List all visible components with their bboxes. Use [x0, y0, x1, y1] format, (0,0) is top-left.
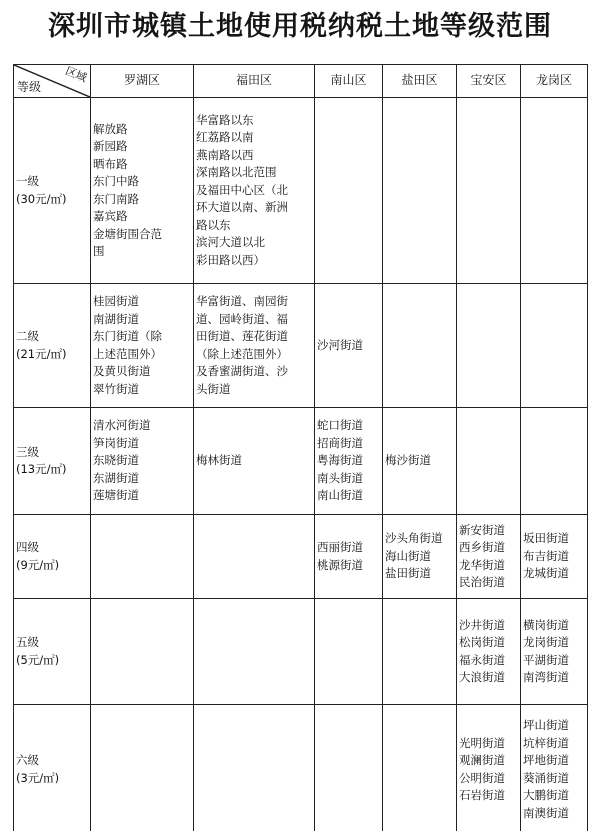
area-line: 坂田街道 [523, 530, 585, 548]
area-line: 道、园岭街道、福 [196, 311, 312, 329]
level-name: 五级 [16, 634, 88, 652]
table-row: 三级(13元/㎡)清水河街道笋岗街道东晓街道东湖街道莲塘街道梅林街道蛇口街道招商… [14, 408, 588, 515]
district-cell-nanshan [315, 98, 383, 284]
level-name: 二级 [16, 328, 88, 346]
area-line: 桂园街道 [93, 293, 191, 311]
district-cell-futian [194, 599, 315, 705]
area-line: 及黄贝街道 [93, 363, 191, 381]
district-cell-baoan [457, 408, 521, 515]
area-line: 华富街道、南园街 [196, 293, 312, 311]
area-line: 海山街道 [385, 548, 454, 566]
area-line: 大鹏街道 [523, 787, 585, 805]
district-cell-nanshan: 沙河街道 [315, 284, 383, 408]
area-line: 西丽街道 [317, 539, 380, 557]
area-line: （除上述范围外） [196, 346, 312, 364]
column-header-futian: 福田区 [194, 65, 315, 98]
area-line: 东晓街道 [93, 452, 191, 470]
table-row: 六级(3元/㎡)光明街道观澜街道公明街道石岩街道坪山街道坑梓街道坪地街道葵涌街道… [14, 705, 588, 831]
district-cell-nanshan [315, 705, 383, 831]
district-cell-nanshan [315, 599, 383, 705]
district-cell-longgang: 坂田街道布吉街道龙城街道 [521, 515, 588, 599]
area-line: 石岩街道 [459, 787, 518, 805]
land-grade-table: 区域 等级 罗湖区 福田区 南山区 盐田区 宝安区 龙岗区 一级(30元/㎡)解… [13, 64, 588, 831]
corner-label-level: 等级 [17, 79, 41, 97]
district-cell-baoan [457, 284, 521, 408]
district-cell-baoan: 沙井街道松岗街道福永街道大浪街道 [457, 599, 521, 705]
level-cell: 三级(13元/㎡) [14, 408, 91, 515]
area-line: 观澜街道 [459, 752, 518, 770]
level-cell: 四级(9元/㎡) [14, 515, 91, 599]
column-header-nanshan: 南山区 [315, 65, 383, 98]
area-line: 及福田中心区（北 [196, 182, 312, 200]
document-title: 深圳市城镇土地使用税纳税土地等级范围 [0, 4, 600, 43]
district-cell-futian: 梅林街道 [194, 408, 315, 515]
area-line: 松岗街道 [459, 634, 518, 652]
area-line: 平湖街道 [523, 652, 585, 670]
area-line: 龙岗街道 [523, 634, 585, 652]
area-line: 东门中路 [93, 173, 191, 191]
district-cell-longgang: 坪山街道坑梓街道坪地街道葵涌街道大鹏街道南澳街道 [521, 705, 588, 831]
area-line: 红荔路以南 [196, 129, 312, 147]
district-cell-longgang [521, 98, 588, 284]
area-line: 及香蜜湖街道、沙 [196, 363, 312, 381]
area-line: 翠竹街道 [93, 381, 191, 399]
district-cell-futian: 华富路以东红荔路以南燕南路以西深南路以北范围及福田中心区（北环大道以南、新洲路以… [194, 98, 315, 284]
district-cell-baoan: 新安街道西乡街道龙华街道民治街道 [457, 515, 521, 599]
table-row: 五级(5元/㎡)沙井街道松岗街道福永街道大浪街道横岗街道龙岗街道平湖街道南湾街道 [14, 599, 588, 705]
area-line: 东湖街道 [93, 470, 191, 488]
district-cell-luohu: 桂园街道南湖街道东门街道（除上述范围外）及黄贝街道翠竹街道 [91, 284, 194, 408]
district-cell-baoan [457, 98, 521, 284]
area-line: 彩田路以西） [196, 252, 312, 270]
district-cell-yantian [383, 284, 457, 408]
area-line: 坪地街道 [523, 752, 585, 770]
district-cell-luohu: 解放路新园路晒布路东门中路东门南路嘉宾路金塘街围合范围 [91, 98, 194, 284]
area-line: 布吉街道 [523, 548, 585, 566]
area-line: 金塘街围合范 [93, 226, 191, 244]
level-rate: (9元/㎡) [16, 557, 88, 575]
table-row: 一级(30元/㎡)解放路新园路晒布路东门中路东门南路嘉宾路金塘街围合范围华富路以… [14, 98, 588, 284]
level-cell: 五级(5元/㎡) [14, 599, 91, 705]
district-cell-baoan: 光明街道观澜街道公明街道石岩街道 [457, 705, 521, 831]
district-cell-luohu [91, 705, 194, 831]
district-cell-longgang [521, 408, 588, 515]
district-cell-yantian [383, 599, 457, 705]
table-row: 四级(9元/㎡)西丽街道桃源街道沙头角街道海山街道盐田街道新安街道西乡街道龙华街… [14, 515, 588, 599]
level-rate: (21元/㎡) [16, 346, 88, 364]
area-line: 盐田街道 [385, 565, 454, 583]
area-line: 围 [93, 243, 191, 261]
area-line: 新安街道 [459, 522, 518, 540]
area-line: 华富路以东 [196, 112, 312, 130]
district-cell-luohu: 清水河街道笋岗街道东晓街道东湖街道莲塘街道 [91, 408, 194, 515]
column-header-longgang: 龙岗区 [521, 65, 588, 98]
area-line: 民治街道 [459, 574, 518, 592]
area-line: 龙城街道 [523, 565, 585, 583]
district-cell-luohu [91, 599, 194, 705]
area-line: 滨河大道以北 [196, 234, 312, 252]
column-header-yantian: 盐田区 [383, 65, 457, 98]
area-line: 东门南路 [93, 191, 191, 209]
area-line: 环大道以南、新洲 [196, 199, 312, 217]
area-line: 沙头角街道 [385, 530, 454, 548]
area-line: 清水河街道 [93, 417, 191, 435]
area-line: 新园路 [93, 138, 191, 156]
district-cell-futian [194, 705, 315, 831]
area-line: 蛇口街道 [317, 417, 380, 435]
level-name: 一级 [16, 173, 88, 191]
area-line: 晒布路 [93, 156, 191, 174]
level-cell: 一级(30元/㎡) [14, 98, 91, 284]
level-name: 六级 [16, 752, 88, 770]
area-line: 大浪街道 [459, 669, 518, 687]
area-line: 桃源街道 [317, 557, 380, 575]
area-line: 横岗街道 [523, 617, 585, 635]
area-line: 坪山街道 [523, 717, 585, 735]
level-cell: 六级(3元/㎡) [14, 705, 91, 831]
district-cell-luohu [91, 515, 194, 599]
table-row: 二级(21元/㎡)桂园街道南湖街道东门街道（除上述范围外）及黄贝街道翠竹街道华富… [14, 284, 588, 408]
area-line: 南山街道 [317, 487, 380, 505]
district-cell-longgang: 横岗街道龙岗街道平湖街道南湾街道 [521, 599, 588, 705]
area-line: 东门街道（除 [93, 328, 191, 346]
level-name: 四级 [16, 539, 88, 557]
area-line: 燕南路以西 [196, 147, 312, 165]
area-line: 葵涌街道 [523, 770, 585, 788]
level-name: 三级 [16, 444, 88, 462]
district-cell-yantian: 梅沙街道 [383, 408, 457, 515]
area-line: 南澳街道 [523, 805, 585, 823]
area-line: 上述范围外） [93, 346, 191, 364]
area-line: 坑梓街道 [523, 735, 585, 753]
area-line: 光明街道 [459, 735, 518, 753]
level-rate: (13元/㎡) [16, 461, 88, 479]
level-rate: (5元/㎡) [16, 652, 88, 670]
district-cell-yantian: 沙头角街道海山街道盐田街道 [383, 515, 457, 599]
district-cell-yantian [383, 98, 457, 284]
district-cell-futian [194, 515, 315, 599]
area-line: 南湖街道 [93, 311, 191, 329]
header-row: 区域 等级 罗湖区 福田区 南山区 盐田区 宝安区 龙岗区 [14, 65, 588, 98]
area-line: 南湾街道 [523, 669, 585, 687]
area-line: 莲塘街道 [93, 487, 191, 505]
column-header-luohu: 罗湖区 [91, 65, 194, 98]
area-line: 笋岗街道 [93, 435, 191, 453]
area-line: 沙井街道 [459, 617, 518, 635]
corner-header-cell: 区域 等级 [14, 65, 91, 98]
area-line: 梅沙街道 [385, 452, 454, 470]
area-line: 粤海街道 [317, 452, 380, 470]
area-line: 公明街道 [459, 770, 518, 788]
area-line: 嘉宾路 [93, 208, 191, 226]
level-rate: (30元/㎡) [16, 191, 88, 209]
area-line: 解放路 [93, 121, 191, 139]
area-line: 梅林街道 [196, 452, 312, 470]
area-line: 路以东 [196, 217, 312, 235]
area-line: 头街道 [196, 381, 312, 399]
district-cell-futian: 华富街道、南园街道、园岭街道、福田街道、莲花街道（除上述范围外）及香蜜湖街道、沙… [194, 284, 315, 408]
area-line: 龙华街道 [459, 557, 518, 575]
level-rate: (3元/㎡) [16, 770, 88, 788]
area-line: 沙河街道 [317, 337, 380, 355]
area-line: 田街道、莲花街道 [196, 328, 312, 346]
district-cell-nanshan: 蛇口街道招商街道粤海街道南头街道南山街道 [315, 408, 383, 515]
area-line: 招商街道 [317, 435, 380, 453]
district-cell-nanshan: 西丽街道桃源街道 [315, 515, 383, 599]
district-cell-longgang [521, 284, 588, 408]
area-line: 西乡街道 [459, 539, 518, 557]
area-line: 南头街道 [317, 470, 380, 488]
area-line: 福永街道 [459, 652, 518, 670]
level-cell: 二级(21元/㎡) [14, 284, 91, 408]
area-line: 深南路以北范围 [196, 164, 312, 182]
district-cell-yantian [383, 705, 457, 831]
column-header-baoan: 宝安区 [457, 65, 521, 98]
